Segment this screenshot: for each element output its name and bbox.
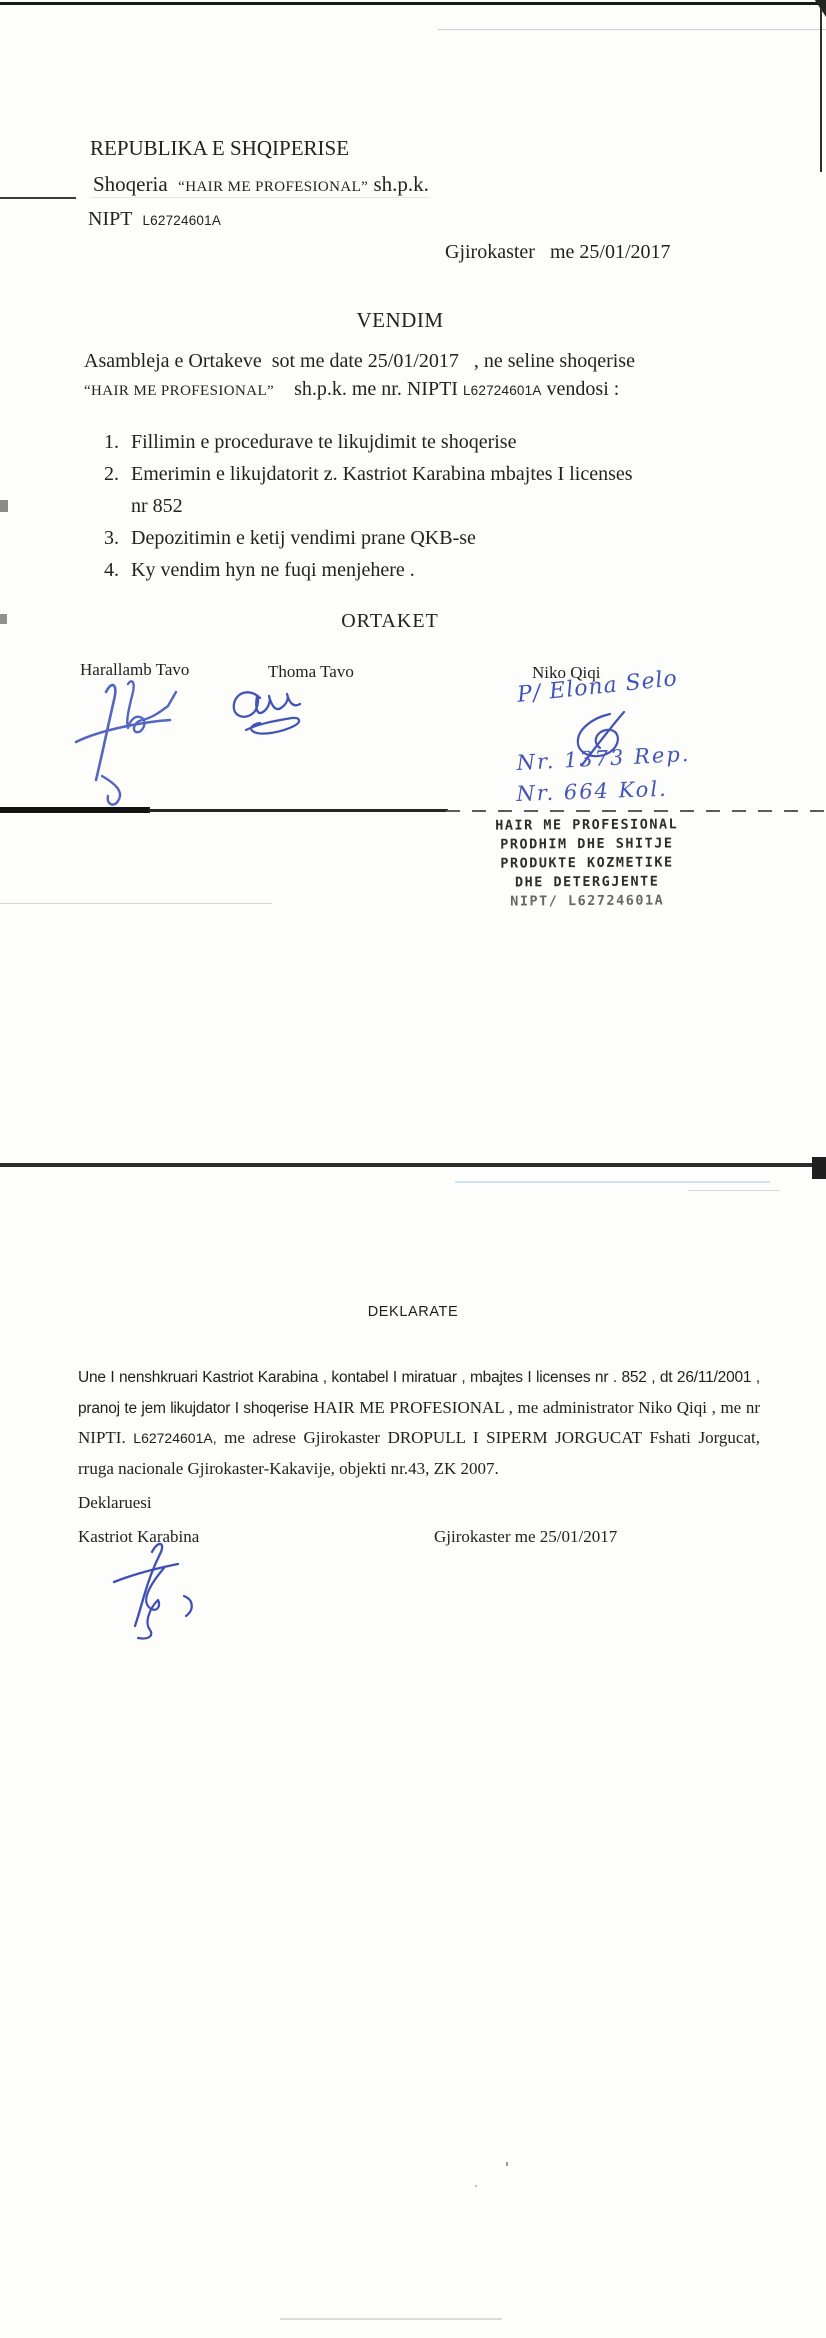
scan-left-mark — [0, 197, 76, 199]
scanned-document: REPUBLIKA E SHQIPERISE Shoqeria “HAIR ME… — [0, 0, 826, 2338]
page-separator-blob — [812, 1157, 826, 1179]
republic-title: REPUBLIKA E SHQIPERISE — [90, 136, 349, 160]
stamp-line: DHE DETERGJENTE — [462, 872, 712, 893]
decision-item-2-cont: nr 852 — [104, 494, 633, 526]
partner-name-2: Thoma Tavo — [268, 662, 354, 682]
stamp-line: PRODHIM DHE SHITJE — [462, 834, 712, 855]
item-number: 4. — [104, 558, 131, 582]
stamp-line: NIPT/ L62724601A — [462, 891, 712, 912]
page1-bottom-edge-dashed — [446, 810, 826, 812]
decision-intro-end: vendosi : — [547, 378, 620, 400]
decision-intro-line2: “HAIR ME PROFESIONAL” sh.p.k. me nr. NIP… — [84, 377, 619, 403]
scan-right-edge-line — [820, 8, 822, 172]
company-line: Shoqeria “HAIR ME PROFESIONAL” sh.p.k. — [93, 172, 429, 199]
stamp-line: PRODUKTE KOZMETIKE — [462, 853, 712, 874]
company-suffix: sh.p.k. — [373, 172, 428, 196]
scan-top-edge — [0, 2, 826, 5]
decision-item-4: 4.Ky vendim hyn ne fuqi menjehere . — [104, 558, 633, 590]
decision-intro-mid: sh.p.k. me nr. NIPTI — [294, 378, 458, 400]
item-text: Emerimin e likujdatorit z. Kastriot Kara… — [131, 463, 633, 485]
decision-list: 1.Fillimin e procedurave te likujdimit t… — [104, 430, 633, 590]
dateline-page1: Gjirokaster me 25/01/2017 — [445, 240, 671, 264]
scan-speck — [506, 2162, 508, 2166]
decision-intro-line1: Asambleja e Ortakeve sot me date 25/01/2… — [84, 349, 635, 373]
signature-harallamb-tavo — [70, 678, 195, 808]
nipt-value: L62724601A — [142, 213, 221, 228]
paragraph-segment-nipt: L62724601A, — [133, 1430, 216, 1446]
declaration-paragraph: Une I nenshkruari Kastriot Karabina , ko… — [78, 1362, 760, 1483]
scan-faint-streak — [455, 1181, 770, 1183]
company-name: “HAIR ME PROFESIONAL” — [178, 179, 368, 195]
scan-bottom-faint-line — [280, 2318, 502, 2320]
decision-intro-nipt: L62724601A — [463, 383, 542, 398]
item-number: 2. — [104, 462, 131, 486]
scan-left-mark — [0, 500, 8, 512]
page-separator-line — [0, 1163, 826, 1167]
item-text: Fillimin e procedurave te likujdimit te … — [131, 431, 516, 453]
item-number: 1. — [104, 430, 131, 454]
scan-top-faint-line — [438, 29, 826, 30]
scan-speck — [475, 2185, 477, 2187]
item-text: Depozitimin e ketij vendimi prane QKB-se — [131, 527, 476, 549]
page1-bottom-edge — [148, 809, 448, 812]
decision-item-1: 1.Fillimin e procedurave te likujdimit t… — [104, 430, 633, 462]
decision-intro-company: “HAIR ME PROFESIONAL” — [84, 383, 274, 399]
declaration-title: DEKLARATE — [0, 1304, 826, 1320]
item-text: Ky vendim hyn ne fuqi menjehere . — [131, 559, 415, 581]
decision-item-3: 3.Depozitimin e ketij vendimi prane QKB-… — [104, 526, 633, 558]
nipt-line: NIPT L62724601A — [88, 207, 221, 233]
stamp-line: HAIR ME PROFESIONAL — [462, 815, 712, 836]
item-text-continuation: nr 852 — [131, 495, 183, 517]
signature-thoma-tavo — [226, 686, 318, 758]
page1-shadow-line — [0, 903, 272, 904]
handwritten-rep-number: Nr. 1373 Rep. — [516, 742, 691, 775]
partner-name-1: Harallamb Tavo — [80, 660, 189, 680]
company-prefix: Shoqeria — [93, 172, 168, 196]
signature-kastriot-karabina — [100, 1540, 210, 1640]
partners-title: ORTAKET — [0, 610, 780, 633]
handwritten-kol-number: Nr. 664 Kol. — [516, 777, 668, 806]
item-number: 3. — [104, 526, 131, 550]
declarant-label: Deklaruesi — [78, 1493, 152, 1513]
decision-title: VENDIM — [0, 308, 800, 333]
company-rubber-stamp: HAIR ME PROFESIONAL PRODHIM DHE SHITJE P… — [462, 815, 713, 912]
nipt-label: NIPT — [88, 208, 132, 230]
dateline-page2: Gjirokaster me 25/01/2017 — [434, 1527, 617, 1547]
decision-item-2: 2.Emerimin e likujdatorit z. Kastriot Ka… — [104, 462, 633, 494]
scan-faint-streak — [688, 1190, 780, 1191]
